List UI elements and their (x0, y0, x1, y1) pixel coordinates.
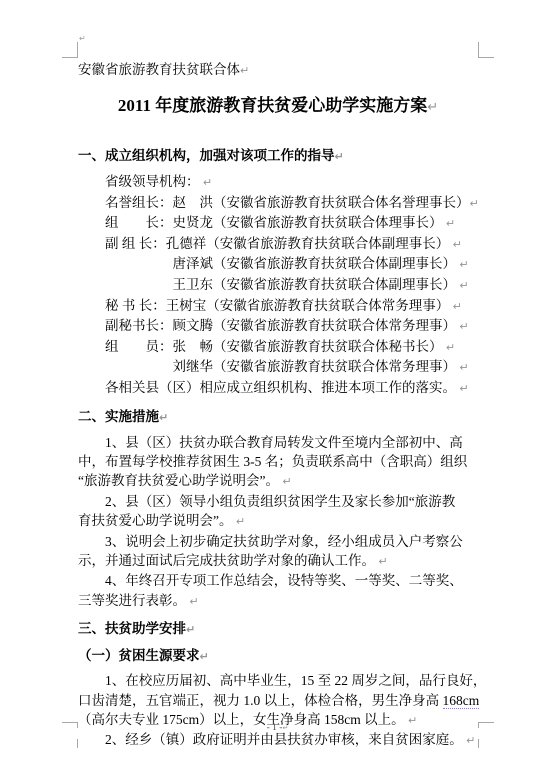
text-line: 秘 书 长：王树宝（安徽省旅游教育扶贫联合体常务理事） ↵ (78, 296, 478, 317)
paragraph-mark-icon: ↵ (282, 475, 291, 488)
margin-crop-mark-top-left (62, 42, 78, 58)
text-segment: 各相关县（区）相应成立组织机构、推进本项工作的落实。 (105, 380, 459, 395)
page-number: - 1 - (267, 723, 283, 733)
paragraph-mark-icon: ↵ (459, 361, 468, 374)
text-line: 名誉组长：赵 洪（安徽省旅游教育扶贫联合体名誉理事长）↵ (78, 193, 478, 214)
text-line: 省级领导机构： ↵ (78, 172, 478, 193)
text-line: 1、县（区）扶贫办联合教育局转发文件至境内全部初中、高 (78, 433, 478, 452)
paragraph-mark-icon: ↵ (453, 238, 462, 251)
text-line: 2011 年度旅游教育扶贫爱心助学实施方案↵ (78, 93, 478, 121)
document-block: 省级领导机构： ↵名誉组长：赵 洪（安徽省旅游教育扶贫联合体名誉理事长）↵组 长… (78, 172, 478, 399)
text-line: 王卫东（安徽省旅游教育扶贫联合体副理事长） ↵ (78, 275, 478, 296)
paragraph-mark-icon: ↵ (446, 341, 455, 354)
text-line: 口齿清楚，五官端正，视力 1.0 以上，体检合格，男生净身高 168cm (78, 691, 478, 710)
paragraph-mark-icon: ↵ (335, 150, 344, 163)
text-line: 中，布置每学校推荐贫困生 3-5 名；负责联系高中（含职高）组织 (78, 452, 478, 471)
text-line: 组 长：史贤龙（安徽省旅游教育扶贫联合体理事长） ↵ (78, 213, 478, 234)
text-segment: 二、实施措施 (78, 409, 159, 424)
text-segment: 2011 年度旅游教育扶贫爱心助学实施方案 (118, 96, 427, 115)
paragraph-mark-icon: ↵ (453, 300, 462, 313)
text-line: 三、扶贫助学安排↵ (78, 619, 478, 640)
text-line: 3、说明会上初步确定扶贫助学对象，经小组成员入户考察公 (78, 532, 478, 551)
paragraph-mark-icon: ↵ (459, 320, 468, 333)
text-segment: 1、在校应历届初、高中毕业生，15 至 22 周岁之间，品行良好， (105, 673, 486, 688)
text-segment: 三、扶贫助学安排 (78, 621, 186, 636)
margin-crop-mark-top-right (478, 42, 494, 58)
paragraph-mark-icon: ↵ (189, 595, 198, 608)
paragraph-mark-icon: ↵ (200, 650, 209, 663)
text-line: 1、在校应历届初、高中毕业生，15 至 22 周岁之间，品行良好， (78, 671, 478, 690)
paragraph-mark-icon: ↵ (459, 258, 468, 271)
document-block: 一、成立组织机构，加强对该项工作的指导↵ (78, 146, 478, 167)
text-segment: 副 组 长：孔德祥（安徽省旅游教育扶贫联合体副理事长） (105, 236, 453, 251)
header-paragraph-mark-icon: ↵ (79, 34, 86, 43)
paragraph-mark-icon: ↵ (459, 279, 468, 292)
document-title: 2011 年度旅游教育扶贫爱心助学实施方案↵ (78, 93, 478, 121)
document-block: 2、县（区）领导小组负责组织贫困学生及家长参加“旅游教育扶贫爱心助学说明会”。 … (78, 492, 478, 532)
text-segment: 2、经乡（镇）政府证明并由县扶贫办审核，来自贫困家庭。 (105, 732, 466, 747)
text-segment: 安徽省旅游教育扶贫联合体 (78, 62, 240, 77)
paragraph-mark-icon: ↵ (203, 176, 212, 189)
text-segment: 示，并通过面试后完成扶贫助学对象的确认工作。 (78, 553, 378, 568)
text-segment: 一、成立组织机构，加强对该项工作的指导 (78, 148, 335, 163)
paragraph-mark-icon: ↵ (459, 382, 468, 395)
document-block: 4、年终召开专项工作总结会，设特等奖、一等奖、二等奖、三等奖进行表彰。 ↵ (78, 571, 478, 611)
document-block: 二、实施措施↵ (78, 407, 478, 428)
text-segment: 组 员：张 畅（安徽省旅游教育扶贫联合体秘书长） (105, 339, 446, 354)
grammar-underlined-text: 168cm (443, 693, 480, 709)
text-segment: 2、县（区）领导小组负责组织贫困学生及家长参加“旅游教 (105, 494, 455, 509)
text-segment: 王卫东（安徽省旅游教育扶贫联合体副理事长） (173, 277, 460, 292)
paragraph-mark-icon: ↵ (159, 411, 168, 424)
text-line: 2、经乡（镇）政府证明并由县扶贫办审核，来自贫困家庭。 ↵ (78, 730, 478, 750)
document-block: 3、说明会上初步确定扶贫助学对象，经小组成员入户考察公示，并通过面试后完成扶贫助… (78, 532, 478, 572)
document-block: 1、在校应历届初、高中毕业生，15 至 22 周岁之间，品行良好，口齿清楚，五官… (78, 671, 478, 730)
text-line: 育扶贫爱心助学说明会”。 ↵ (78, 511, 478, 531)
text-segment: 名誉组长：赵 洪（安徽省旅游教育扶贫联合体名誉理事长） (105, 195, 470, 210)
document-page: ↵ 安徽省旅游教育扶贫联合体↵2011 年度旅游教育扶贫爱心助学实施方案↵一、成… (0, 0, 555, 783)
text-segment: 三等奖进行表彰。 (78, 593, 189, 608)
text-line: 2、县（区）领导小组负责组织贫困学生及家长参加“旅游教 (78, 492, 478, 511)
text-segment: 副秘书长：顾文腾（安徽省旅游教育扶贫联合体常务理事） (105, 318, 459, 333)
text-segment: 1、县（区）扶贫办联合教育局转发文件至境内全部初中、高 (105, 435, 463, 450)
paragraph-mark-icon: ↵ (378, 555, 387, 568)
paragraph-mark-icon: ↵ (236, 515, 245, 528)
document-body[interactable]: 安徽省旅游教育扶贫联合体↵2011 年度旅游教育扶贫爱心助学实施方案↵一、成立组… (78, 60, 478, 751)
text-line: 一、成立组织机构，加强对该项工作的指导↵ (78, 146, 478, 167)
text-line: “旅游教育扶贫爱心助学说明会”。 ↵ (78, 471, 478, 491)
text-line: 示，并通过面试后完成扶贫助学对象的确认工作。 ↵ (78, 551, 478, 571)
text-line: 各相关县（区）相应成立组织机构、推进本项工作的落实。 ↵ (78, 378, 478, 399)
text-segment: 3、说明会上初步确定扶贫助学对象，经小组成员入户考察公 (105, 534, 463, 549)
text-line: 三等奖进行表彰。 ↵ (78, 591, 478, 611)
footer-paragraph-mark-icon: ↵ (282, 724, 288, 732)
text-segment: 唐泽斌（安徽省旅游教育扶贫联合体副理事长） (173, 256, 460, 271)
text-line: 安徽省旅游教育扶贫联合体↵ (78, 60, 478, 81)
text-segment: 中，布置每学校推荐贫困生 3-5 名；负责联系高中（含职高）组织 (78, 454, 467, 469)
text-line: （一）贫困生源要求↵ (78, 646, 478, 667)
text-segment: 刘继华（安徽省旅游教育扶贫联合体常务理事） (173, 359, 460, 374)
document-block: 三、扶贫助学安排↵ (78, 619, 478, 640)
document-block: （一）贫困生源要求↵ (78, 646, 478, 667)
text-segment: 育扶贫爱心助学说明会”。 (78, 513, 236, 528)
text-segment: 省级领导机构： (105, 174, 203, 189)
paragraph-mark-icon: ↵ (427, 100, 438, 115)
text-segment: 组 长：史贤龙（安徽省旅游教育扶贫联合体理事长） (105, 215, 446, 230)
footer-boundary-tick-right (478, 739, 479, 748)
text-line: 组 员：张 畅（安徽省旅游教育扶贫联合体秘书长） ↵ (78, 337, 478, 358)
page-footer: - 1 -↵ (0, 723, 555, 733)
paragraph-mark-icon: ↵ (186, 623, 195, 636)
document-block: 安徽省旅游教育扶贫联合体↵ (78, 60, 478, 81)
text-line: 刘继华（安徽省旅游教育扶贫联合体常务理事） ↵ (78, 357, 478, 378)
text-line: 副 组 长：孔德祥（安徽省旅游教育扶贫联合体副理事长） ↵ (78, 234, 478, 255)
text-segment: “旅游教育扶贫爱心助学说明会”。 (78, 473, 282, 488)
paragraph-mark-icon: ↵ (466, 734, 475, 747)
text-segment: 口齿清楚，五官端正，视力 1.0 以上，体检合格，男生净身高 (78, 693, 443, 708)
paragraph-mark-icon: ↵ (446, 217, 455, 230)
document-block: 2、经乡（镇）政府证明并由县扶贫办审核，来自贫困家庭。 ↵ (78, 730, 478, 750)
text-segment: （一）贫困生源要求 (78, 648, 200, 663)
document-block: 1、县（区）扶贫办联合教育局转发文件至境内全部初中、高中，布置每学校推荐贫困生 … (78, 433, 478, 492)
text-segment: 秘 书 长：王树宝（安徽省旅游教育扶贫联合体常务理事） (105, 298, 453, 313)
text-line: 唐泽斌（安徽省旅游教育扶贫联合体副理事长） ↵ (78, 254, 478, 275)
text-line: 4、年终召开专项工作总结会，设特等奖、一等奖、二等奖、 (78, 571, 478, 590)
paragraph-mark-icon: ↵ (470, 197, 479, 210)
text-segment: 4、年终召开专项工作总结会，设特等奖、一等奖、二等奖、 (105, 573, 463, 588)
paragraph-mark-icon: ↵ (240, 64, 249, 77)
text-line: 副秘书长：顾文腾（安徽省旅游教育扶贫联合体常务理事） ↵ (78, 316, 478, 337)
text-line: 二、实施措施↵ (78, 407, 478, 428)
